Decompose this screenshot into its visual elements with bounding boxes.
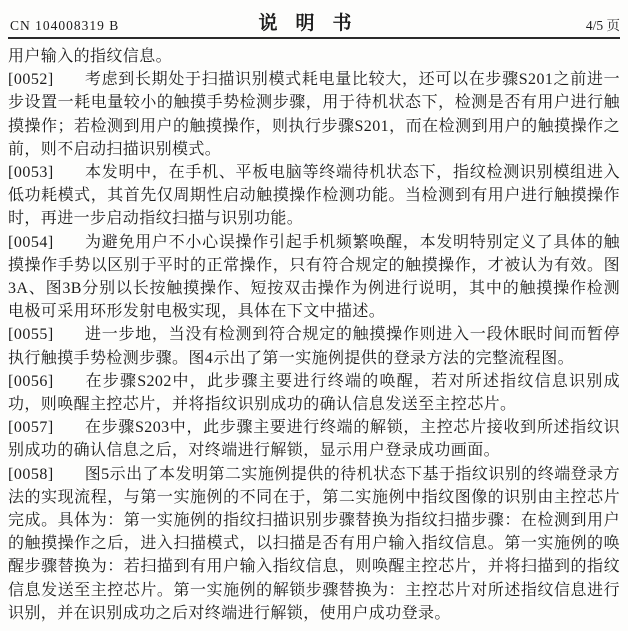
paragraph-text: 在步骤S202中，此步骤主要进行终端的唤醒，若对所述指纹信息识别成功，则唤醒主控… <box>8 373 620 413</box>
paragraph-0056: [0056]在步骤S202中，此步骤主要进行终端的唤醒，若对所述指纹信息识别成功… <box>8 370 620 416</box>
paragraph-text: 进一步地，当没有检测到符合规定的触摸操作则进入一段休眠时间而暂停执行触摸手势检测… <box>8 326 620 366</box>
paragraph-0054: [0054]为避免用户不小心误操作引起手机频繁唤醒，本发明特别定义了具体的触摸操… <box>8 231 620 324</box>
paragraph-number: [0052] <box>8 68 54 91</box>
paragraph-text: 为避免用户不小心误操作引起手机频繁唤醒，本发明特别定义了具体的触摸操作手势以区别… <box>8 234 620 321</box>
patent-document-number: CN 104008319 B <box>10 18 119 34</box>
paragraph-text: 用户输入的指纹信息。 <box>8 48 172 65</box>
paragraph-number: [0057] <box>8 416 54 439</box>
header-divider-rule <box>8 37 620 39</box>
paragraph-0057: [0057]在步骤S203中，此步骤主要进行终端的解锁，主控芯片接收到所述指纹识… <box>8 416 620 462</box>
paragraph-text: 在步骤S203中，此步骤主要进行终端的解锁，主控芯片接收到所述指纹识别成功的确认… <box>8 419 620 459</box>
paragraph-number: [0058] <box>8 463 54 486</box>
paragraph-0053: [0053]本发明中，在手机、平板电脑等终端待机状态下，指纹检测识别模组进入低功… <box>8 161 620 231</box>
paragraph-continuation: 用户输入的指纹信息。 <box>8 45 620 68</box>
paragraph-0052: [0052]考虑到长期处于扫描识别模式耗电量比较大，还可以在步骤S201之前进一… <box>8 68 620 161</box>
document-section-title: 说明书 <box>258 8 369 35</box>
paragraph-number: [0056] <box>8 370 54 393</box>
patent-specification-page: CN 104008319 B 说明书 4/5 页 用户输入的指纹信息。 [005… <box>0 0 628 631</box>
paragraph-0058: [0058]图5示出了本发明第二实施例提供的待机状态下基于指纹识别的终端登录方法… <box>8 463 620 625</box>
paragraph-number: [0053] <box>8 161 54 184</box>
paragraph-text: 本发明中，在手机、平板电脑等终端待机状态下，指纹检测识别模组进入低功耗模式，其首… <box>8 164 620 227</box>
paragraph-text: 考虑到长期处于扫描识别模式耗电量比较大，还可以在步骤S201之前进一步设置一耗电… <box>8 71 620 158</box>
specification-body: 用户输入的指纹信息。 [0052]考虑到长期处于扫描识别模式耗电量比较大，还可以… <box>8 45 620 625</box>
paragraph-text: 图5示出了本发明第二实施例提供的待机状态下基于指纹识别的终端登录方法的实现流程，… <box>8 466 620 622</box>
page-number-indicator: 4/5 页 <box>586 14 620 34</box>
paragraph-0055: [0055]进一步地，当没有检测到符合规定的触摸操作则进入一段休眠时间而暂停执行… <box>8 323 620 369</box>
paragraph-number: [0054] <box>8 231 54 254</box>
page-header: CN 104008319 B 说明书 4/5 页 <box>8 10 620 34</box>
paragraph-number: [0055] <box>8 323 54 346</box>
